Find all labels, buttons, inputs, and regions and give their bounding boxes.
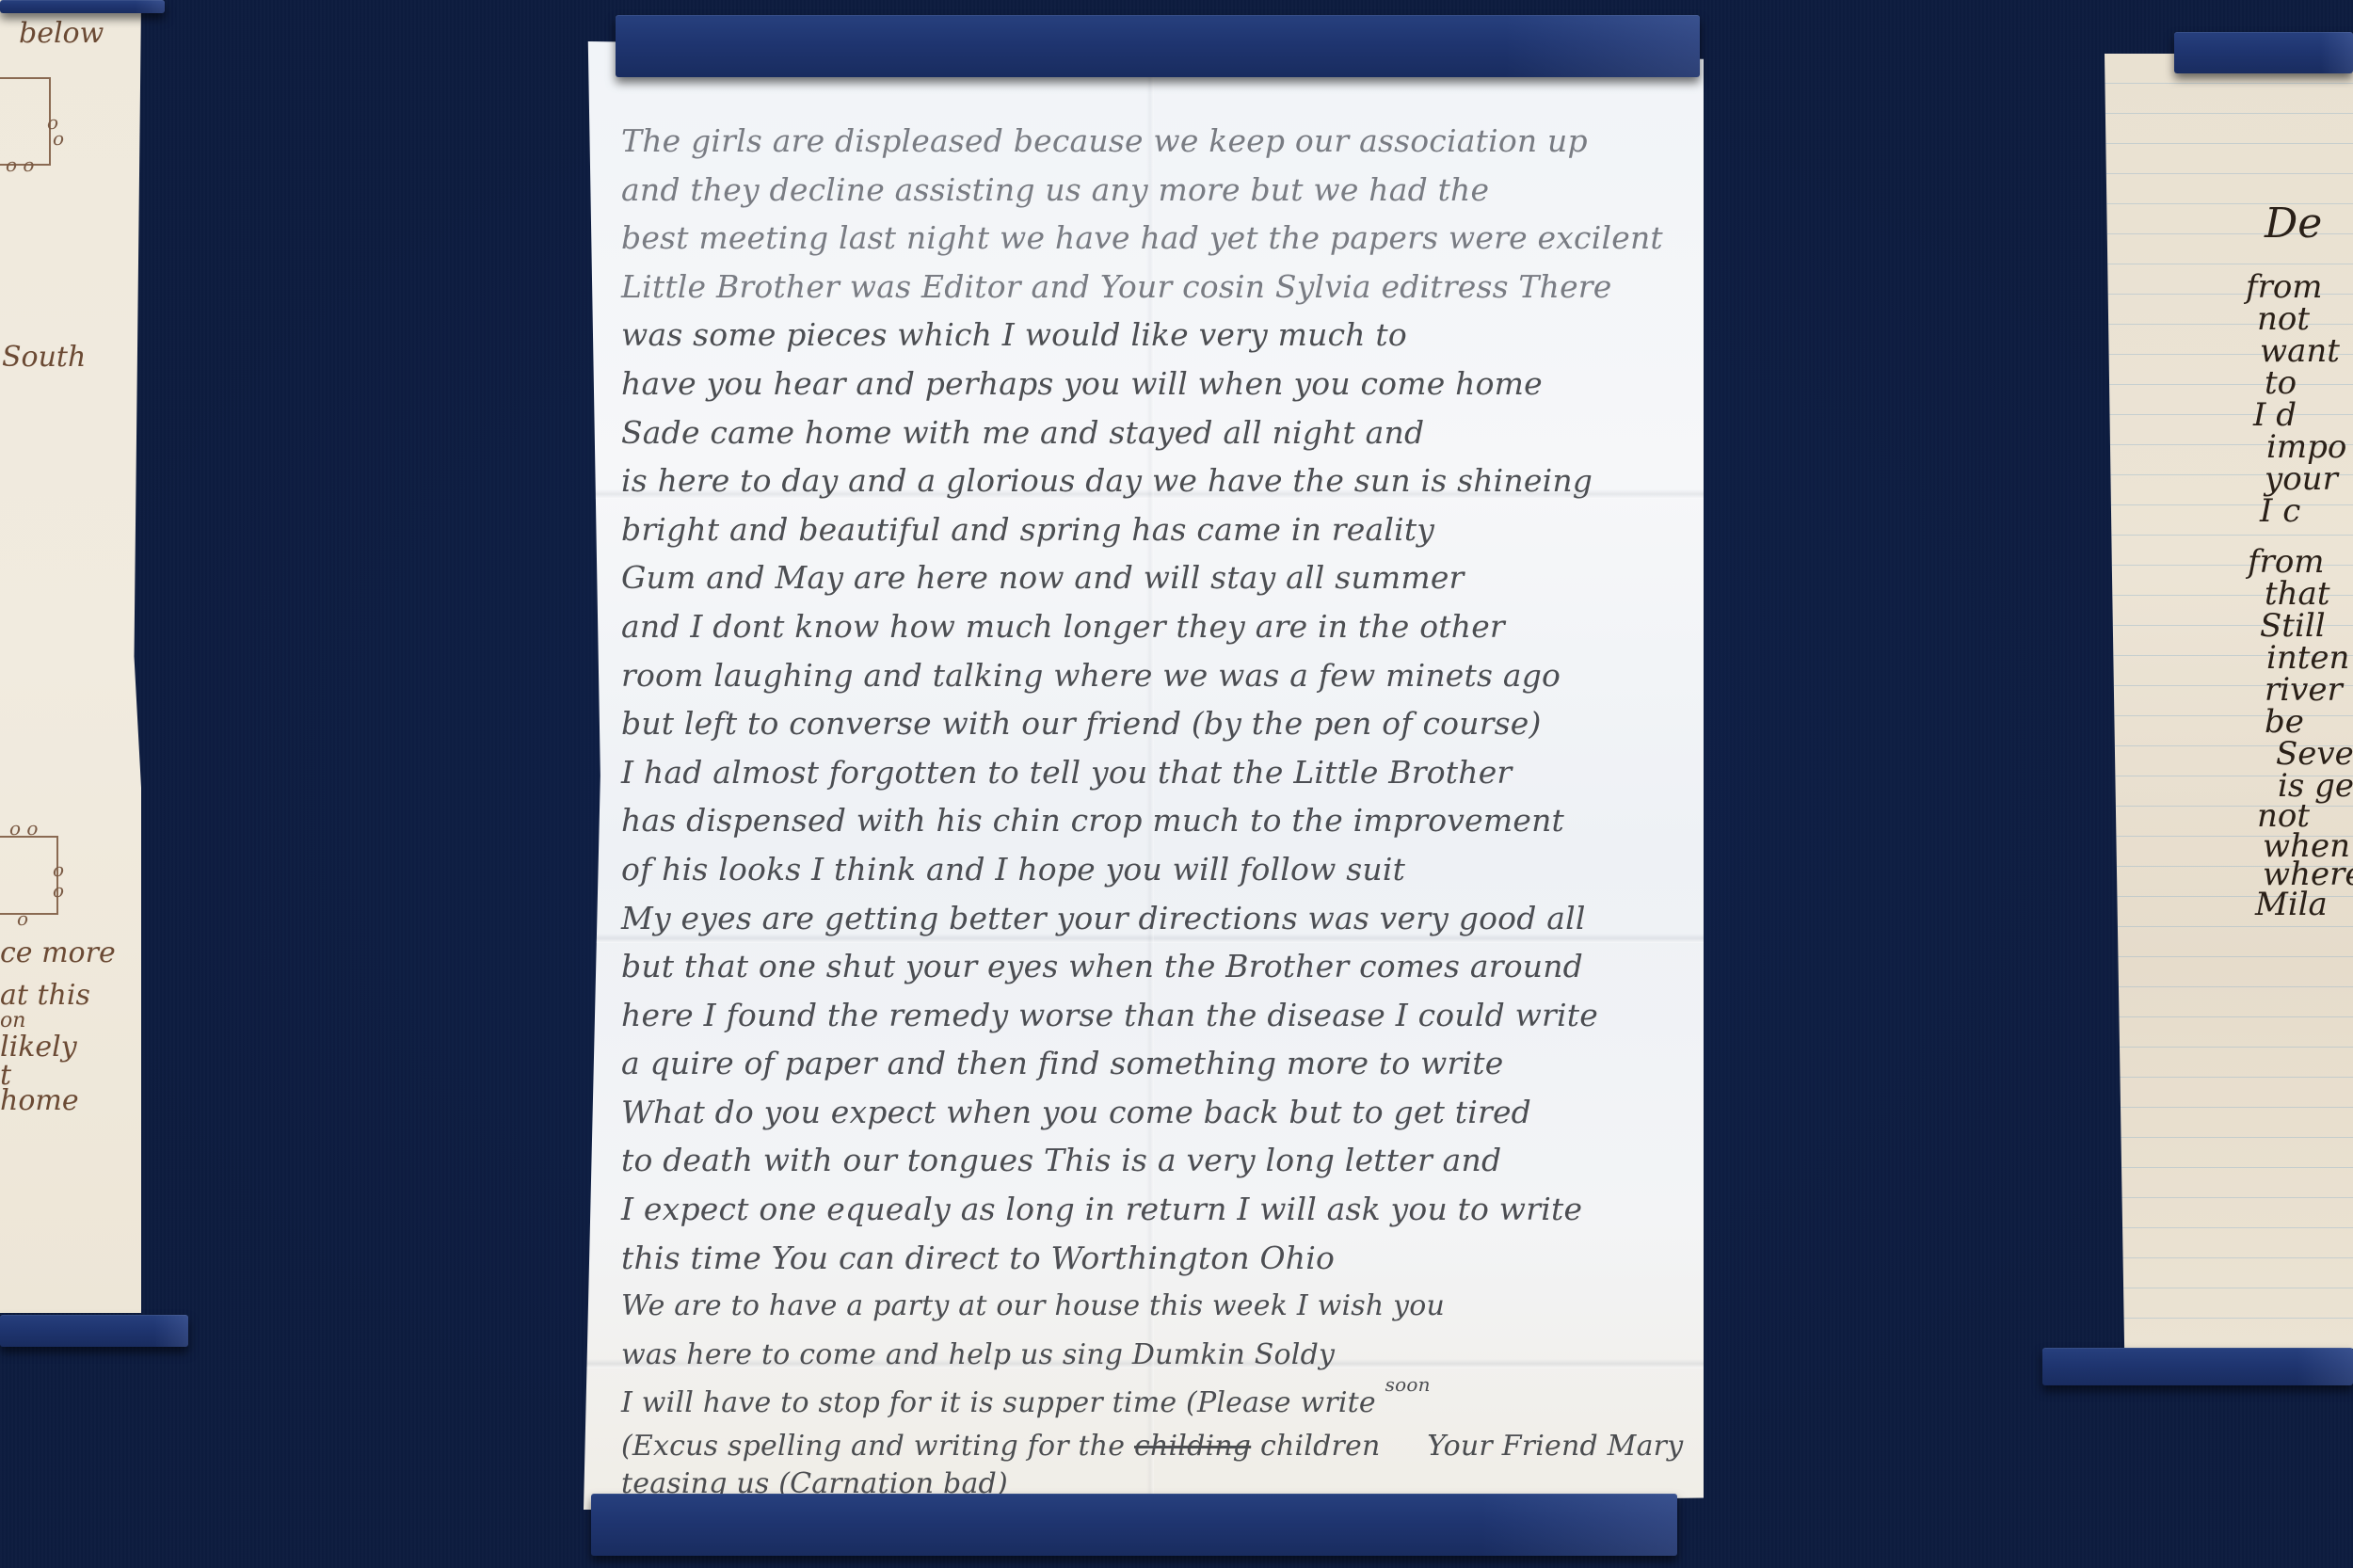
letter-line: and they decline assisting us any more b… xyxy=(621,166,1675,215)
right-letter-fragment: De xyxy=(2265,200,2322,248)
center-letter-page: The girls are displeased because we keep… xyxy=(584,41,1704,1510)
left-letter-fragment: home xyxy=(0,1084,79,1117)
diagram-mark: o xyxy=(53,879,64,902)
diagram-mark: o xyxy=(53,858,64,881)
mounting-strip-right-top xyxy=(2174,32,2353,73)
postscript-line: was here to come and help us sing Dumkin… xyxy=(621,1331,1675,1380)
right-letter-fragment: Mila xyxy=(2255,886,2328,923)
letter-line: a quire of paper and then find something… xyxy=(621,1039,1675,1088)
letter-line: here I found the remedy worse than the d… xyxy=(621,991,1675,1040)
letter-line: but that one shut your eyes when the Bro… xyxy=(621,942,1675,991)
letter-line: I had almost forgotten to tell you that … xyxy=(621,748,1675,797)
left-letter-fragment: likely xyxy=(0,1031,77,1064)
letter-line: best meeting last night we have had yet … xyxy=(621,214,1675,263)
right-letter-fragment: I c xyxy=(2260,492,2300,530)
letter-line: The girls are displeased because we keep… xyxy=(621,117,1675,166)
mounting-strip-right-bottom xyxy=(2042,1348,2353,1385)
mounting-strip-left-top xyxy=(0,0,165,13)
diagram-mark: o xyxy=(53,127,64,150)
postscript-inserted-word: soon xyxy=(1385,1373,1431,1396)
left-letter-fragment: below xyxy=(19,17,104,50)
left-letter-fragment: ce more xyxy=(0,936,116,969)
postscript-text: (Excus spelling and writing for the xyxy=(621,1430,1134,1463)
letter-line: bright and beautiful and spring has came… xyxy=(621,505,1675,554)
letter-line: Sade came home with me and stayed all ni… xyxy=(621,408,1675,457)
postscript-line: I will have to stop for it is supper tim… xyxy=(621,1379,1675,1428)
letter-line: room laughing and talking where we was a… xyxy=(621,651,1675,700)
letter-line: I expect one equealy as long in return I… xyxy=(621,1185,1675,1234)
diagram-mark: o o xyxy=(6,153,34,176)
left-letter-fragment: at this xyxy=(0,979,90,1012)
letter-body: The girls are displeased because we keep… xyxy=(621,117,1675,1503)
left-letter-page: below o o o o South o o o o o ce more at… xyxy=(0,0,141,1313)
mounting-strip-center-top xyxy=(616,15,1700,77)
postscript-text: I will have to stop for it is supper tim… xyxy=(621,1386,1376,1419)
left-diagram-top xyxy=(0,77,51,166)
letter-line: My eyes are getting better your directio… xyxy=(621,894,1675,943)
letter-line: was some pieces which I would like very … xyxy=(621,311,1675,360)
mounting-strip-left-bottom xyxy=(0,1315,188,1347)
mounting-strip-center-bottom xyxy=(591,1494,1677,1556)
diagram-mark: o xyxy=(17,907,28,930)
letter-line: of his looks I think and I hope you will… xyxy=(621,845,1675,894)
right-letter-page: De from not want to I d impo your I c fr… xyxy=(2105,54,2353,1349)
letter-line: What do you expect when you come back bu… xyxy=(621,1088,1675,1137)
postscript-line: (Excus spelling and writing for the chil… xyxy=(621,1428,1675,1465)
letter-line: is here to day and a glorious day we hav… xyxy=(621,456,1675,505)
left-letter-fragment: South xyxy=(2,341,86,374)
left-letter-fragment: on xyxy=(0,1009,25,1032)
letter-line: but left to converse with our friend (by… xyxy=(621,699,1675,748)
left-diagram-bottom xyxy=(0,836,58,915)
letter-line: Gum and May are here now and will stay a… xyxy=(621,553,1675,602)
letter-line: Little Brother was Editor and Your cosin… xyxy=(621,263,1675,312)
letter-line: to death with our tongues This is a very… xyxy=(621,1136,1675,1185)
letter-line: has dispensed with his chin crop much to… xyxy=(621,796,1675,845)
struck-word: childing xyxy=(1134,1430,1251,1463)
display-board: below o o o o South o o o o o ce more at… xyxy=(0,0,2353,1568)
letter-line: have you hear and perhaps you will when … xyxy=(621,360,1675,408)
postscript-text: children xyxy=(1251,1430,1380,1463)
diagram-mark: o o xyxy=(9,817,38,840)
signature: Your Friend Mary xyxy=(1427,1430,1683,1463)
letter-line: and I dont know how much longer they are… xyxy=(621,602,1675,651)
letter-line: this time You can direct to Worthington … xyxy=(621,1234,1675,1283)
postscript-line: We are to have a party at our house this… xyxy=(621,1282,1675,1331)
